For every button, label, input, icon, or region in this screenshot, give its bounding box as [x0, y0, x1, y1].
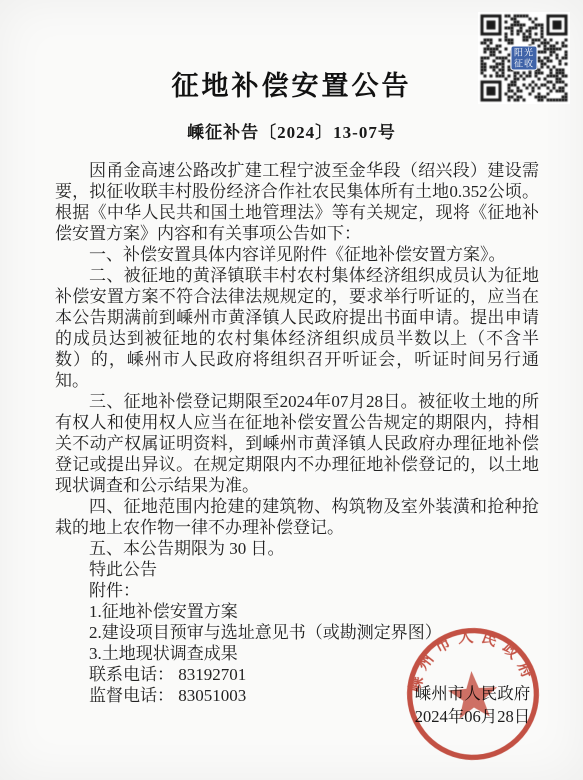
attachment-1: 1.征地补偿安置方案 — [55, 601, 539, 622]
attachments-label: 附件： — [55, 580, 539, 601]
announcement-document: 阳光 征收 征地补偿安置公告 嵊征补告〔2024〕13-07号 因甬金高速公路改… — [0, 0, 583, 780]
paragraph-item3: 三、征地补偿登记期限至2024年07月28日。被征收土地的所有权人和使用权人应当… — [55, 391, 539, 496]
paragraph-item2: 二、被征地的黄泽镇联丰村农村集体经济组织成员认为征地补偿安置方案不符合法律法规规… — [55, 265, 539, 391]
paragraph-item1: 一、补偿安置具体内容详见附件《征地补偿安置方案》。 — [55, 244, 539, 265]
seal-star — [447, 669, 499, 719]
qr-logo-line2: 征收 — [514, 58, 534, 69]
official-seal: 嵊州市人民政府 — [396, 617, 550, 771]
paragraph-intro: 因甬金高速公路改扩建工程宁波至金华段（绍兴段）建设需要，拟征收联丰村股份经济合作… — [55, 160, 539, 244]
paragraph-item5: 五、本公告期限为 30 日。 — [55, 538, 539, 559]
paragraph-item4: 四、征地范围内抢建的建筑物、构筑物及室外装潢和抢种抢栽的地上农作物一律不办理补偿… — [55, 496, 539, 538]
qr-logo-line1: 阳光 — [514, 47, 534, 58]
qr-code: 阳光 征收 — [478, 12, 570, 104]
document-number: 嵊征补告〔2024〕13-07号 — [0, 118, 583, 143]
qr-center-logo: 阳光 征收 — [511, 46, 538, 71]
paragraph-closing: 特此公告 — [55, 559, 539, 580]
